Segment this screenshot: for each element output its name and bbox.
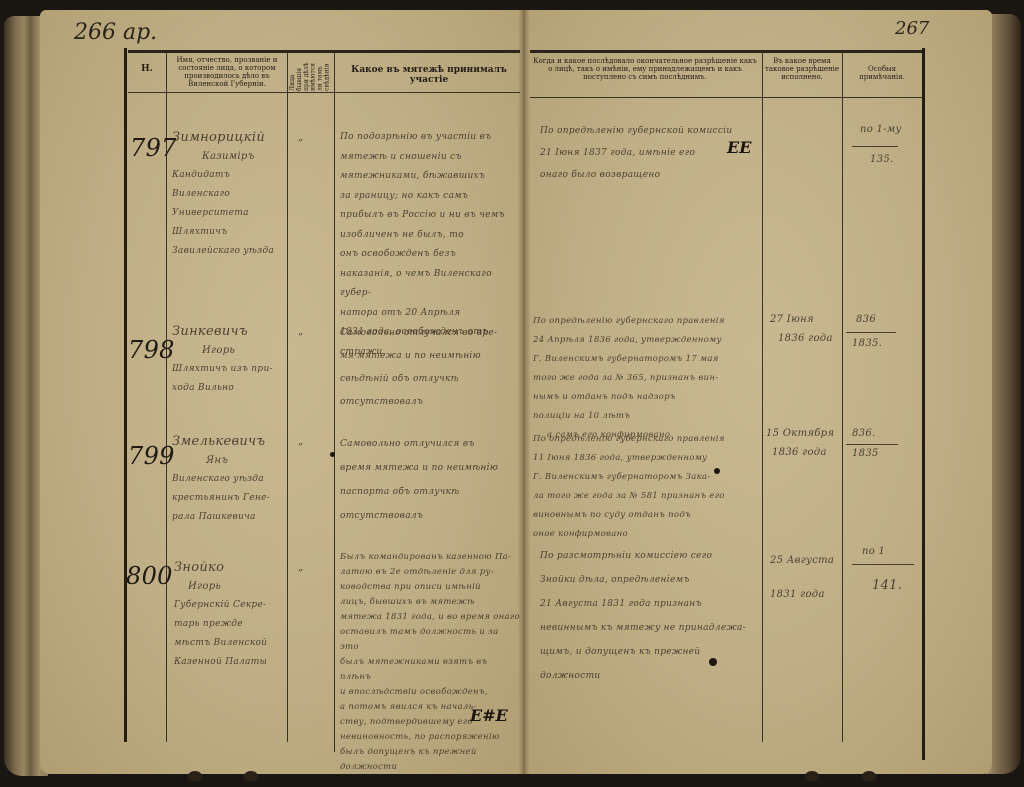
note-top: по 1-му <box>860 120 902 139</box>
status-line: Завилейскаго уѣзда <box>172 242 284 261</box>
text-line: мятежниками, бѣжавшихъ <box>340 167 520 187</box>
text-line: онаго было возвращено <box>540 164 760 186</box>
note-bottom: 141. <box>872 576 902 595</box>
text-line: оставилъ тамъ должность и за это <box>340 625 520 655</box>
abroad-mark: „ <box>298 432 303 451</box>
status-line: Губернскій Секре- <box>174 596 286 615</box>
note-top: 836. <box>852 424 875 443</box>
text-line: ководства при описи имѣній <box>340 580 520 595</box>
status-line: тарь прежде <box>174 615 286 634</box>
text-line: Самовольно отлучился въ <box>340 432 520 456</box>
text-line: полиціи на 10 лѣтъ <box>533 407 759 426</box>
text-line: 25 Августа <box>770 544 842 578</box>
ledger-spread: 266 ap. 267 Н. Имя, отчество, прозваніе … <box>0 0 1024 787</box>
text-line: 27 Іюня <box>770 310 840 329</box>
header-top-rule-right <box>530 50 923 53</box>
text-line: мятежа 1831 года, и во время онаго <box>340 610 520 625</box>
note-bottom: 135. <box>870 150 893 169</box>
col-rule-executed <box>842 52 843 742</box>
text-line: время мятежа и по неимѣнію <box>340 456 520 480</box>
text-line: оное конфирмовано <box>533 525 759 544</box>
text-line: свѣдѣній объ отлучкѣ <box>340 368 520 391</box>
status-line: Виленскаго уѣзда <box>172 470 284 489</box>
binding-clip <box>805 771 819 781</box>
executed-date: 15 Октября 1836 года <box>766 424 840 462</box>
text-line: онъ освобожденъ безъ <box>340 245 520 265</box>
text-line: 24 Апрѣля 1836 года, утвержденному <box>533 331 759 350</box>
header-abroad: Лица бывшія при дѣлѣ имѣются ли тамъ свѣ… <box>290 55 332 91</box>
binding-hole <box>709 658 717 666</box>
entry-name: Змелькевичъ Янъ Виленскаго уѣзда крестья… <box>172 432 284 527</box>
resolution-text: По разсмотрѣніи комиссіею сего Знойки дѣ… <box>540 544 760 688</box>
text-line: 1836 года <box>766 443 840 462</box>
binding-hole <box>714 468 720 474</box>
right-border-rule <box>922 48 925 760</box>
text-line: По опредѣленію губернскаго правленія <box>533 430 759 449</box>
text-line: 15 Октября <box>766 424 840 443</box>
text-line: Знойки дѣла, опредѣленіемъ <box>540 568 760 592</box>
text-line: щимъ, и допущенъ къ прежней <box>540 640 760 664</box>
signature-mark: ЕЕ <box>727 138 751 157</box>
text-line: отсутствовалъ <box>340 504 520 528</box>
binding-clip <box>188 771 202 781</box>
binding-clip <box>244 771 258 781</box>
status-line: Кандидатъ Виленскаго <box>172 166 284 204</box>
header-number: Н. <box>130 64 164 74</box>
text-line: мятежѣ и сношеніи съ <box>340 148 520 168</box>
fraction-line <box>846 332 896 333</box>
executed-date: 25 Августа 1831 года <box>770 544 842 612</box>
entry-number: 797 <box>130 136 177 160</box>
left-border-rule <box>124 48 127 742</box>
text-line: наказанія, о чемъ Виленскаго губер- <box>340 265 520 304</box>
text-line: того же года за № 365, признанъ вин- <box>533 369 759 388</box>
text-line: паспорта объ отлучкѣ <box>340 480 520 504</box>
text-line: 21 Августа 1831 года признанъ <box>540 592 760 616</box>
resolution-text: По опредѣленію губернскаго правленія 24 … <box>533 312 759 445</box>
col-rule-abroad <box>334 52 335 752</box>
given-name: Игорь <box>174 577 286 596</box>
surname: Зимнорицкій <box>172 128 284 147</box>
header-name: Имя, отчество, прозваніе и состояніе лиц… <box>169 56 285 88</box>
text-line: невиновность, по распоряженію <box>340 730 520 745</box>
given-name: Янъ <box>172 451 284 470</box>
note-bottom: 1835. <box>852 334 882 353</box>
entry-number: 798 <box>128 338 175 362</box>
fraction-line <box>852 146 898 147</box>
text-line: виновнымъ по суду отданъ подъ <box>533 506 759 525</box>
folio-number-left: 266 ap. <box>74 20 157 45</box>
text-line: должности <box>540 664 760 688</box>
text-line: былъ допущенъ къ прежней <box>340 745 520 760</box>
given-name: Казиміръ <box>172 147 284 166</box>
text-line: былъ мятежниками взятъ въ плѣнъ <box>340 655 520 685</box>
text-line: за границу; но какъ самъ <box>340 187 520 207</box>
entry-number: 800 <box>126 564 173 588</box>
col-rule-resolution <box>762 52 763 742</box>
status-line: Казенной Палаты <box>174 653 286 672</box>
status-line: Шляхтичъ изъ при- <box>172 360 284 379</box>
header-top-rule <box>128 50 520 53</box>
text-line: По опредѣленію губернскаго правленія <box>533 312 759 331</box>
entry-name: Знойко Игорь Губернскій Секре- тарь преж… <box>174 558 286 672</box>
status-line: Университета Шляхтичъ <box>172 204 284 242</box>
text-line: отсутствовалъ <box>340 391 520 414</box>
folio-number-right: 267 <box>895 18 929 39</box>
surname: Зинкевичъ <box>172 322 284 341</box>
status-line: мѣстъ Виленской <box>174 634 286 653</box>
abroad-mark: „ <box>298 558 303 577</box>
text-line: 1836 года <box>770 329 840 348</box>
entry-number: 799 <box>128 444 175 468</box>
surname: Змелькевичъ <box>172 432 284 451</box>
header-participation: Какое въ мятежѣ принималъ участіе <box>338 65 520 86</box>
abroad-mark: „ <box>298 128 303 147</box>
surname: Знойко <box>174 558 286 577</box>
note-top: 836 <box>856 310 876 329</box>
text-line: лицъ, бывшихъ въ мятежѣ <box>340 595 520 610</box>
text-line: нымъ и отданъ подъ надзоръ <box>533 388 759 407</box>
binding-clip <box>862 771 876 781</box>
text-line: 11 Іюня 1836 года, утвержденному <box>533 449 759 468</box>
ink-blot <box>330 452 335 457</box>
text-line: должности <box>340 760 520 775</box>
text-line: и впослѣдствіи освобожденъ, <box>340 685 520 700</box>
text-line: натора отъ 20 Апрѣля <box>340 304 520 324</box>
header-bottom-rule <box>128 92 520 93</box>
status-line: хода Вильно <box>172 379 284 398</box>
status-line: крестьянинъ Гене- <box>172 489 284 508</box>
text-line: 1831 года <box>770 578 842 612</box>
text-line: Былъ командированъ казенною Па- <box>340 550 520 565</box>
text-line: невиннымъ къ мятежу не принадлежа- <box>540 616 760 640</box>
abroad-mark: „ <box>298 322 303 341</box>
entry-name: Зинкевичъ Игорь Шляхтичъ изъ при- хода В… <box>172 322 284 398</box>
header-executed: Въ какое время таковое разрѣшеніе исполн… <box>764 57 840 81</box>
text-line: прибылъ въ Россію и ни въ чемъ <box>340 206 520 226</box>
text-line: Г. Виленскимъ губернаторомъ Зака- <box>533 468 759 487</box>
note-top: по 1 <box>862 542 885 561</box>
participation-text: Самовольно отлучался во вре- мя мятежа и… <box>340 322 520 414</box>
text-line: Г. Виленскимъ губернаторомъ 17 мая <box>533 350 759 369</box>
resolution-text: По опредѣленію губернскаго правленія 11 … <box>533 430 759 544</box>
given-name: Игорь <box>172 341 284 360</box>
text-line: мя мятежа и по неимѣнію <box>340 345 520 368</box>
header-bottom-rule-right <box>530 97 923 98</box>
participation-text: Самовольно отлучился въ время мятежа и п… <box>340 432 520 528</box>
signature-mark: Е#Е <box>470 706 508 725</box>
col-rule-name <box>287 52 288 742</box>
text-line: изобличенъ не былъ, то <box>340 226 520 246</box>
text-line: ла того же года за № 581 признанъ его <box>533 487 759 506</box>
text-line: По разсмотрѣніи комиссіею сего <box>540 544 760 568</box>
text-line: латою въ 2е отдѣленіе для ру- <box>340 565 520 580</box>
status-line: рала Пашкевича <box>172 508 284 527</box>
header-resolution: Когда и какое послѣдовало окончательное … <box>530 57 760 81</box>
header-notes: Особыя примѣчанія. <box>844 65 920 81</box>
executed-date: 27 Іюня 1836 года <box>770 310 840 348</box>
participation-text: Былъ командированъ казенною Па- латою въ… <box>340 550 520 775</box>
entry-name: Зимнорицкій Казиміръ Кандидатъ Виленскаг… <box>172 128 284 261</box>
text-line: Самовольно отлучался во вре- <box>340 322 520 345</box>
note-bottom: 1835 <box>852 444 879 463</box>
fraction-line <box>852 564 914 565</box>
text-line: По подозрѣнію въ участіи въ <box>340 128 520 148</box>
